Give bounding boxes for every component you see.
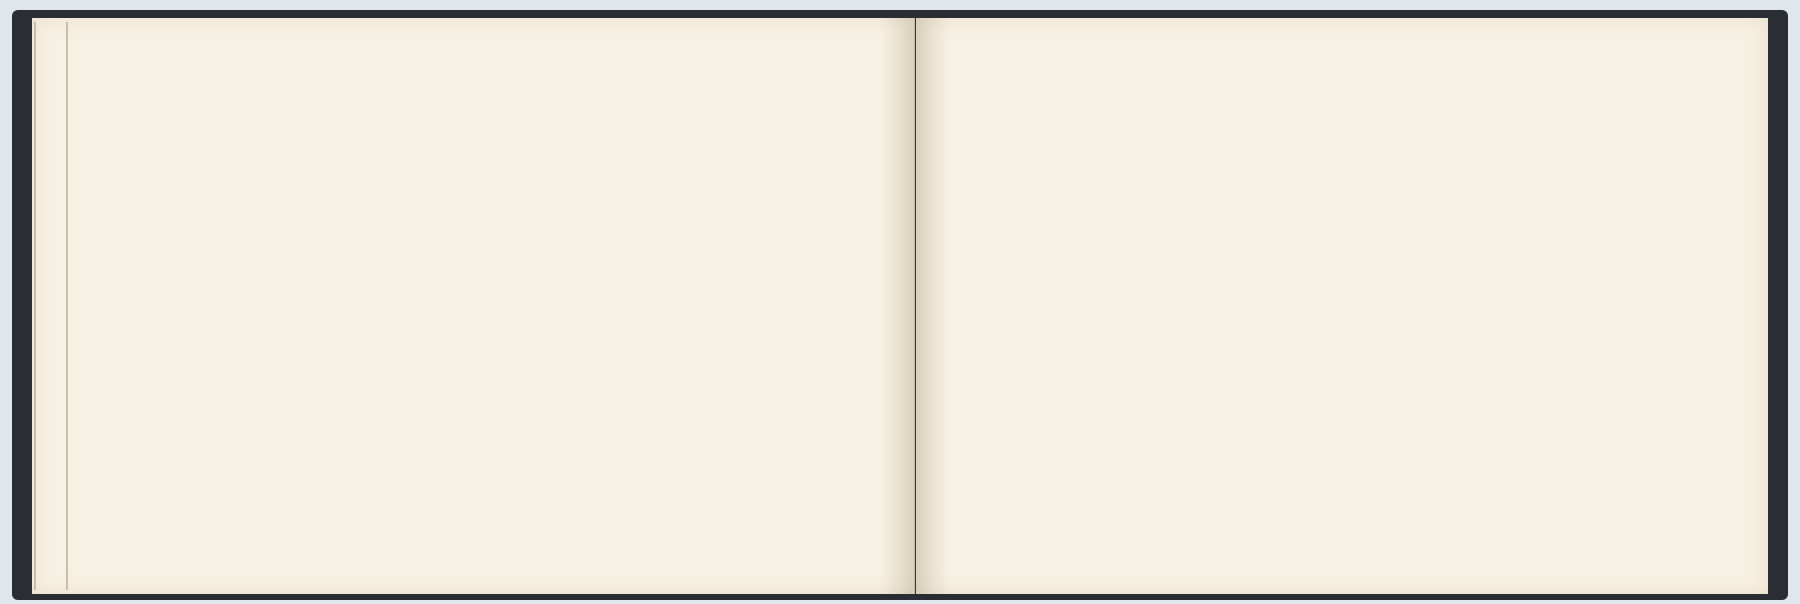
right-page: [916, 18, 1768, 594]
page-edges: [34, 22, 68, 590]
left-page: [32, 18, 915, 594]
